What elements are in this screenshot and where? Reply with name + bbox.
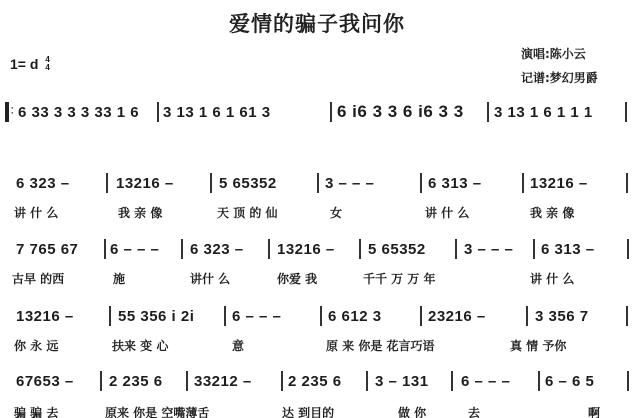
lyric: 你 永 远 — [14, 337, 58, 354]
lyric: 我 亲 像 — [530, 204, 574, 221]
barline — [210, 173, 212, 193]
transcriber-credit: 记谱:梦幻男爵 — [521, 66, 598, 90]
measure: 13216 – — [116, 172, 174, 194]
measure: 3 13 1 6 1 1 1 — [494, 101, 593, 123]
barline — [106, 173, 108, 193]
barline — [281, 371, 283, 391]
barline — [186, 371, 188, 391]
barline — [627, 371, 629, 391]
repeat-dots: ·· — [11, 106, 14, 116]
measure: 5 65352 — [219, 172, 277, 194]
notation-line: 13216 – 55 356 i 2i 6 – – – 6 612 3 2321… — [0, 305, 634, 331]
barline — [451, 371, 453, 391]
measure: 6 313 – — [428, 172, 482, 194]
measure: 67653 – — [16, 370, 74, 392]
lyric: 女 — [330, 204, 342, 221]
barline — [627, 239, 629, 259]
barline — [420, 306, 422, 326]
lyric: 原来 你是 空嘴薄舌 — [105, 404, 209, 418]
measure: 2 235 6 — [109, 370, 163, 392]
barline — [104, 239, 106, 259]
lyric: 讲 什 么 — [530, 270, 574, 287]
barline — [109, 306, 111, 326]
lyrics-line: 讲 什 么 我 亲 像 天 顶 的 仙 女 讲 什 么 我 亲 像 — [0, 204, 634, 222]
lyrics-line: 你 永 远 扶来 变 心 意 原 来 你是 花言巧语 真 情 予你 — [0, 337, 634, 355]
measure: 6 323 – — [190, 238, 244, 260]
lyric: 千千 万 万 年 — [363, 270, 436, 287]
barline — [538, 371, 540, 391]
performer-credit: 演唱:陈小云 — [521, 42, 598, 66]
lyric: 达 到目的 — [282, 404, 334, 418]
lyric: 骗 骗 去 — [14, 404, 58, 418]
measure: 6 i6 3 3 6 i6 3 3 — [337, 101, 464, 123]
time-signature-bottom: 4 — [45, 64, 49, 72]
measure: 6 612 3 — [328, 305, 382, 327]
barline — [526, 306, 528, 326]
barline — [455, 239, 457, 259]
barline — [157, 102, 159, 122]
page-title: 爱情的骗子我问你 — [0, 8, 634, 38]
measure: 6 – – – — [110, 238, 159, 260]
barline — [625, 102, 627, 122]
key-label: 1= d — [10, 56, 38, 72]
lyric: 去 — [468, 404, 480, 418]
lyric: 原 来 你是 花言巧语 — [326, 337, 435, 354]
barline — [487, 102, 489, 122]
lyric: 讲什 么 — [190, 270, 230, 287]
measure: 33212 – — [194, 370, 252, 392]
barline — [533, 239, 535, 259]
measure: 6 – 6 5 — [545, 370, 594, 392]
barline — [317, 173, 319, 193]
lyric: 扶来 变 心 — [112, 337, 168, 354]
measure: 2 235 6 — [288, 370, 342, 392]
measure: 23216 – — [428, 305, 486, 327]
notation-line: 67653 – 2 235 6 33212 – 2 235 6 3 – 131 … — [0, 370, 634, 396]
measure: 3 – 131 — [375, 370, 429, 392]
measure: 3 356 7 — [535, 305, 589, 327]
measure: 6 – – – — [461, 370, 510, 392]
measure: 3 13 1 6 1 61 3 — [163, 101, 271, 123]
measure: 13216 – — [16, 305, 74, 327]
lyric: 讲 什 么 — [425, 204, 469, 221]
lyric: 天 顶 的 仙 — [217, 204, 278, 221]
measure: 6 313 – — [541, 238, 595, 260]
barline — [268, 239, 270, 259]
time-signature: 4 4 — [45, 56, 49, 72]
barline — [522, 173, 524, 193]
lyrics-line: 骗 骗 去 原来 你是 空嘴薄舌 达 到目的 做 你 去 啊 — [0, 404, 634, 418]
barline — [626, 173, 628, 193]
measure: 6 33 3 3 3 33 1 6 — [18, 101, 139, 123]
measure: 55 356 i 2i — [118, 305, 194, 327]
lyrics-line: 古早 的西 施 讲什 么 你爱 我 千千 万 万 年 讲 什 么 — [0, 270, 634, 288]
measure: 7 765 67 — [16, 238, 78, 260]
lyric: 做 你 — [398, 404, 426, 418]
barline — [224, 306, 226, 326]
measure: 13216 – — [277, 238, 335, 260]
measure: 13216 – — [530, 172, 588, 194]
lyric: 古早 的西 — [12, 270, 64, 287]
measure: 6 – – – — [232, 305, 281, 327]
barline — [626, 306, 628, 326]
barline — [320, 306, 322, 326]
barline — [359, 239, 361, 259]
notation-line: ·· 6 33 3 3 3 33 1 6 3 13 1 6 1 61 3 6 i… — [0, 101, 634, 127]
repeat-start-barline — [5, 102, 9, 122]
lyric: 我 亲 像 — [118, 204, 162, 221]
measure: 6 323 – — [16, 172, 70, 194]
barline — [330, 102, 332, 122]
measure: 3 – – – — [325, 172, 374, 194]
barline — [366, 371, 368, 391]
lyric: 你爱 我 — [277, 270, 317, 287]
measure: 5 65352 — [368, 238, 426, 260]
barline — [420, 173, 422, 193]
barline — [181, 239, 183, 259]
credits: 演唱:陈小云 记谱:梦幻男爵 — [521, 42, 598, 90]
lyric: 讲 什 么 — [14, 204, 58, 221]
notation-line: 6 323 – 13216 – 5 65352 3 – – – 6 313 – … — [0, 172, 634, 198]
lyric: 啊 — [588, 404, 600, 418]
measure: 3 – – – — [464, 238, 513, 260]
lyric: 施 — [113, 270, 125, 287]
lyric: 真 情 予你 — [510, 337, 566, 354]
barline — [100, 371, 102, 391]
lyric: 意 — [232, 337, 244, 354]
key-signature: 1= d 4 4 — [10, 56, 50, 72]
notation-line: 7 765 67 6 – – – 6 323 – 13216 – 5 65352… — [0, 238, 634, 264]
